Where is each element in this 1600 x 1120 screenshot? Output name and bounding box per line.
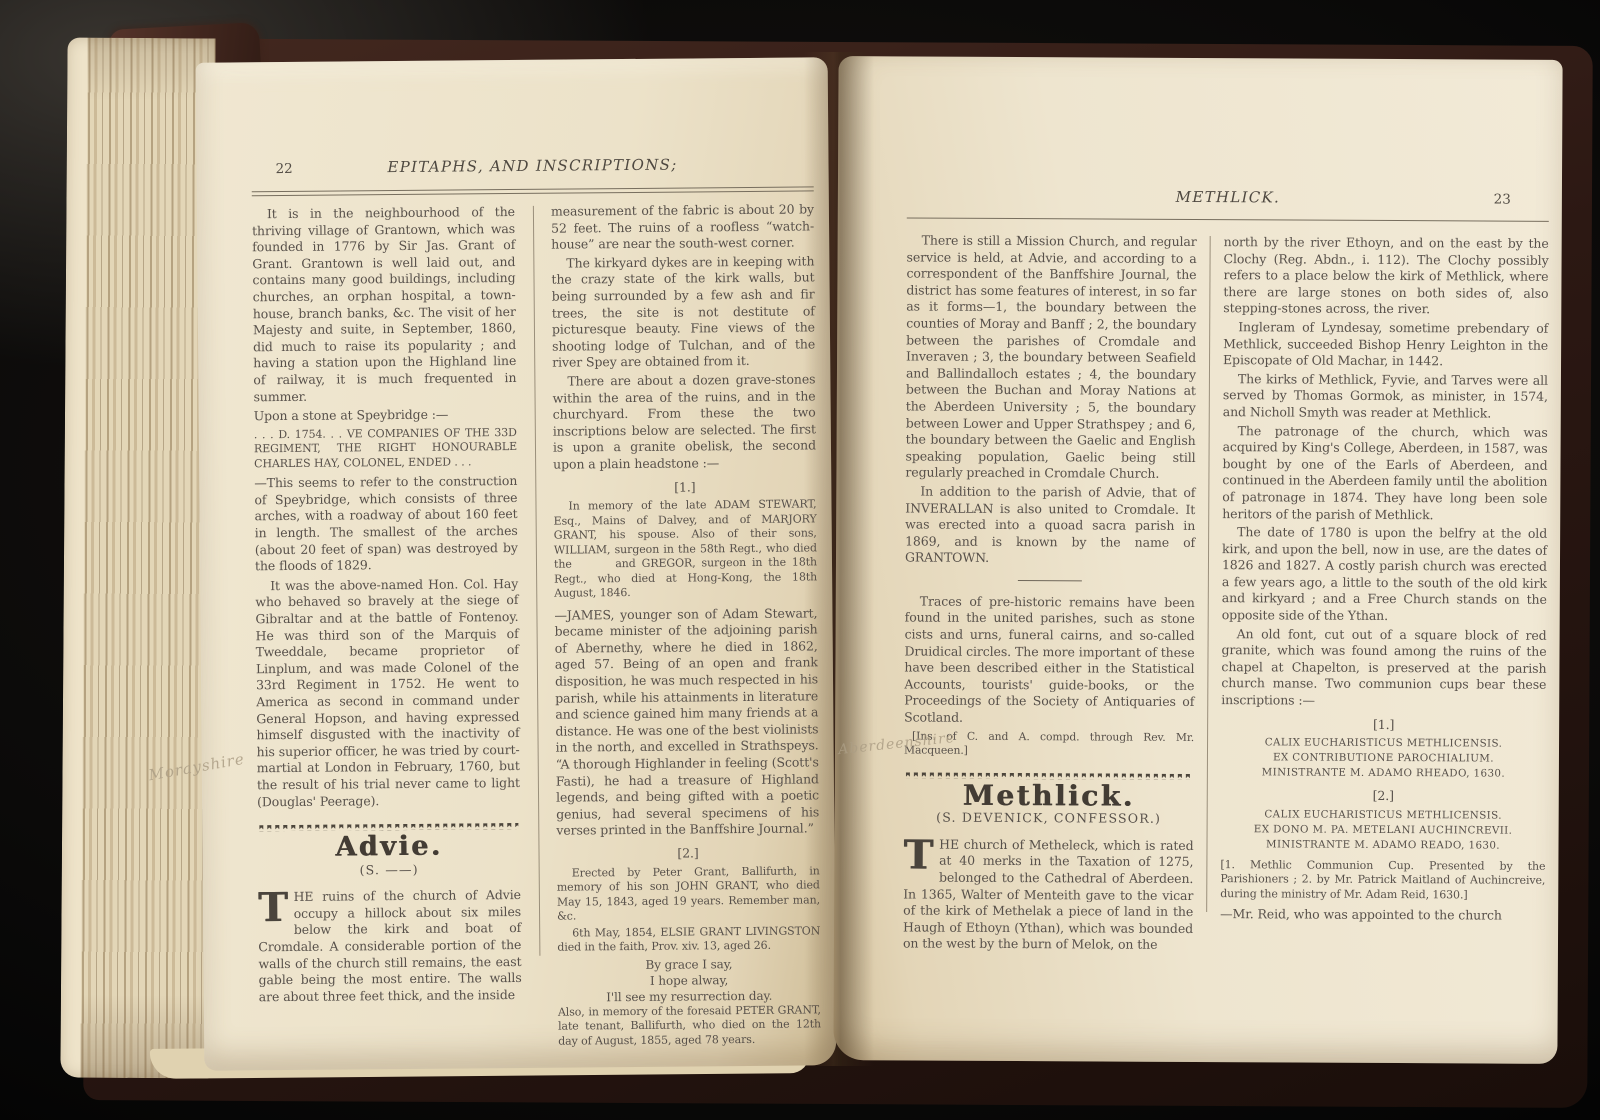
paragraph-dropcap: THE church of Metheleck, which is rated …	[903, 836, 1194, 954]
communion-cup-inscription-2: CALIX EUCHARISTICUS METHLICENSIS. EX DON…	[1220, 807, 1545, 854]
paragraph: —JAMES, younger son of Adam Stewart, bec…	[554, 605, 819, 840]
paragraph: The kirks of Methlick, Fyvie, and Tarves…	[1223, 371, 1548, 422]
inscription-label: [1.]	[553, 478, 816, 497]
paragraph: The patronage of the church, which was a…	[1222, 423, 1548, 524]
paragraph: In addition to the parish of Advie, that…	[905, 483, 1195, 567]
cup-inscription-line: EX CONTRIBUTIONE PAROCHIALIUM.	[1221, 750, 1546, 767]
section-break-rule	[1018, 580, 1082, 581]
paragraph: The kirkyard dykes are in keeping with t…	[551, 253, 815, 371]
left-page-header: 22 EPITAPHS, AND INSCRIPTIONS;	[251, 154, 813, 177]
column-rule	[1206, 236, 1211, 912]
paragraph: —This seems to refer to the construction…	[254, 473, 518, 575]
paragraph: It is in the neighbourhood of the thrivi…	[252, 204, 517, 405]
paragraph: There is still a Mission Church, and reg…	[905, 232, 1196, 482]
column-gap	[1193, 234, 1224, 956]
column-rule	[532, 206, 540, 956]
cup-inscription-line: MINISTRANTE M. ADAMO RHEADO, 1630.	[1221, 765, 1546, 782]
right-column-2: north by the river Ethoyn, and on the ea…	[1220, 234, 1549, 958]
grave-inscription: 6th May, 1854, ELSIE GRANT LIVINGSTON di…	[557, 924, 820, 955]
left-header-rule	[252, 186, 814, 196]
communion-cup-inscription-1: CALIX EUCHARISTICUS METHLICENSIS. EX CON…	[1221, 735, 1546, 782]
book-photo: 22 EPITAPHS, AND INSCRIPTIONS; It is in …	[0, 0, 1600, 1120]
paragraph: —Mr. Reid, who was appointed to the chur…	[1220, 906, 1545, 924]
left-column-2: measurement of the fabric is about 20 by…	[551, 201, 821, 1050]
left-running-head: EPITAPHS, AND INSCRIPTIONS;	[251, 154, 813, 177]
cup-inscription-line: EX DONO M. PA. METELANI AUCHINCREVII.	[1221, 822, 1546, 839]
grave-inscription: Also, in memory of the foresaid PETER GR…	[558, 1003, 821, 1049]
grave-inscription: In memory of the late ADAM STEWART, Esq.…	[553, 497, 817, 601]
paragraph: It was the above-named Hon. Col. Hay who…	[255, 576, 520, 811]
section-heading-advie: Advie.	[257, 838, 520, 857]
paragraph: Ingleram of Lyndesay, sometime prebendar…	[1223, 319, 1548, 370]
left-page: 22 EPITAPHS, AND INSCRIPTIONS; It is in …	[196, 57, 837, 1070]
right-running-head: METHLICK.	[907, 186, 1549, 207]
paragraph: An old font, cut out of a square block o…	[1221, 626, 1546, 711]
inscription-label: [1.]	[1221, 716, 1546, 734]
grave-inscription: Erected by Peter Grant, Ballifurth, in m…	[557, 864, 820, 924]
right-header-rule	[907, 217, 1549, 221]
page-edges-stack	[60, 37, 215, 1078]
right-page-header: METHLICK. 23	[907, 186, 1549, 207]
inscription-label: [2.]	[1221, 787, 1546, 805]
section-heading-methlick: Methlick.	[904, 787, 1194, 805]
left-page-columns: It is in the neighbourhood of the thrivi…	[252, 201, 821, 1053]
paragraph: Upon a stone at Speybridge :—	[254, 406, 517, 425]
paragraph-text: HE church of Metheleck, which is rated a…	[903, 836, 1194, 952]
left-column-1: It is in the neighbourhood of the thrivi…	[252, 204, 522, 1053]
section-subtitle: (S. DEVENICK, CONFESSOR.)	[904, 810, 1194, 828]
cup-inscription-line: CALIX EUCHARISTICUS METHLICENSIS.	[1221, 735, 1546, 752]
editorial-note: [1. Methlic Communion Cup. Presented by …	[1220, 858, 1545, 903]
paragraph: north by the river Ethoyn, and on the ea…	[1223, 234, 1548, 319]
inscription-label: [2.]	[556, 844, 819, 863]
right-page: METHLICK. 23 There is still a Mission Ch…	[833, 56, 1562, 1064]
cup-inscription-line: CALIX EUCHARISTICUS METHLICENSIS.	[1221, 807, 1546, 824]
right-page-columns: There is still a Mission Church, and reg…	[903, 232, 1549, 957]
paragraph-text: HE ruins of the church of Advie occupy a…	[258, 887, 521, 1004]
paragraph: The date of 1780 is upon the belfry at t…	[1222, 524, 1548, 625]
paragraph-dropcap: THE ruins of the church of Advie occupy …	[258, 887, 522, 1005]
paragraph: Traces of pre-historic remains have been…	[904, 593, 1195, 727]
drop-cap: T	[903, 836, 939, 871]
cup-inscription-line: MINISTRANTE M. ADAMO READO, 1630.	[1220, 837, 1545, 854]
section-subtitle: (S. ——)	[258, 861, 521, 880]
left-page-number: 22	[275, 161, 292, 177]
paragraph: measurement of the fabric is about 20 by…	[551, 201, 814, 253]
right-page-number: 23	[1494, 192, 1511, 208]
stone-inscription: . . . D. 1754. . . VE COMPANIES OF THE 3…	[254, 426, 517, 472]
paragraph: There are about a dozen grave-stones wit…	[552, 371, 816, 473]
right-column-1: There is still a Mission Church, and reg…	[903, 232, 1197, 955]
drop-cap: T	[258, 889, 294, 924]
zigzag-divider	[259, 823, 518, 831]
